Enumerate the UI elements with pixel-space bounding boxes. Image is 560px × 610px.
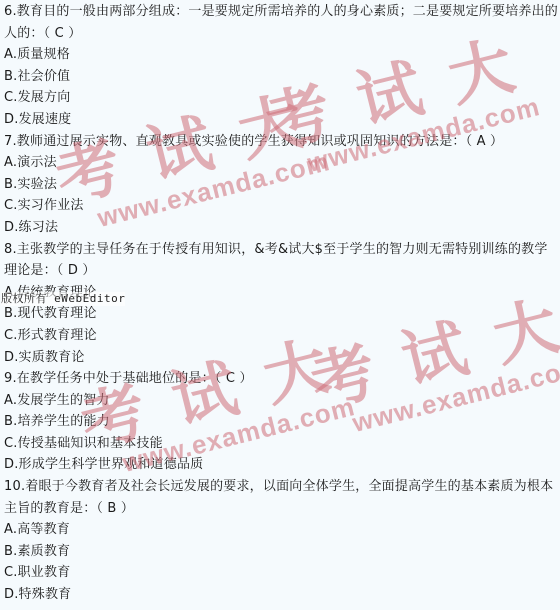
question-7-option-b: B.实验法 [4, 174, 560, 196]
question-9-option-a: A.发展学生的智力 [4, 390, 560, 412]
question-6-option-d: D.发展速度 [4, 109, 560, 131]
question-8-stem: 8.主张教学的主导任务在于传授有用知识，&考&试大$至于学生的智力则无需特别训练… [4, 239, 560, 282]
question-8-option-d: D.实质教育论 [4, 347, 560, 369]
question-8-option-b: B.现代教育理论 [4, 303, 560, 325]
question-6-option-b: B.社会价值 [4, 66, 560, 88]
question-10-option-c: C.职业教育 [4, 562, 560, 584]
question-9-stem: 9.在教学任务中处于基础地位的是：（ C ） [4, 368, 560, 390]
question-7-option-c: C.实习作业法 [4, 195, 560, 217]
question-7-option-d: D.练习法 [4, 217, 560, 239]
question-6-option-a: A.质量规格 [4, 44, 560, 66]
question-9-option-c: C.传授基础知识和基本技能 [4, 433, 560, 455]
question-6-option-c: C.发展方向 [4, 87, 560, 109]
question-8-option-c: C.形式教育理论 [4, 325, 560, 347]
question-10-stem: 10.着眼于今教育者及社会长远发展的要求，以面向全体学生，全面提高学生的基本素质… [4, 476, 560, 519]
question-7-stem: 7.教师通过展示实物、直观教具或实验使的学生获得知识或巩固知识的方法是：（ A … [4, 131, 560, 153]
question-7-option-a: A.演示法 [4, 152, 560, 174]
question-10-option-a: A.高等教育 [4, 519, 560, 541]
question-9-option-b: B.培养学生的能力 [4, 411, 560, 433]
question-10-option-b: B.素质教育 [4, 541, 560, 563]
question-9-option-d: D.形成学生科学世界观和道德品质 [4, 454, 560, 476]
editor-copyright-overlay: 版权所有 eWebEditor [1, 292, 125, 306]
question-6-stem: 6.教育目的一般由两部分组成：一是要规定所需培养的人的身心素质；二是要规定所要培… [4, 1, 560, 44]
question-10-option-d: D.特殊教育 [4, 584, 560, 606]
